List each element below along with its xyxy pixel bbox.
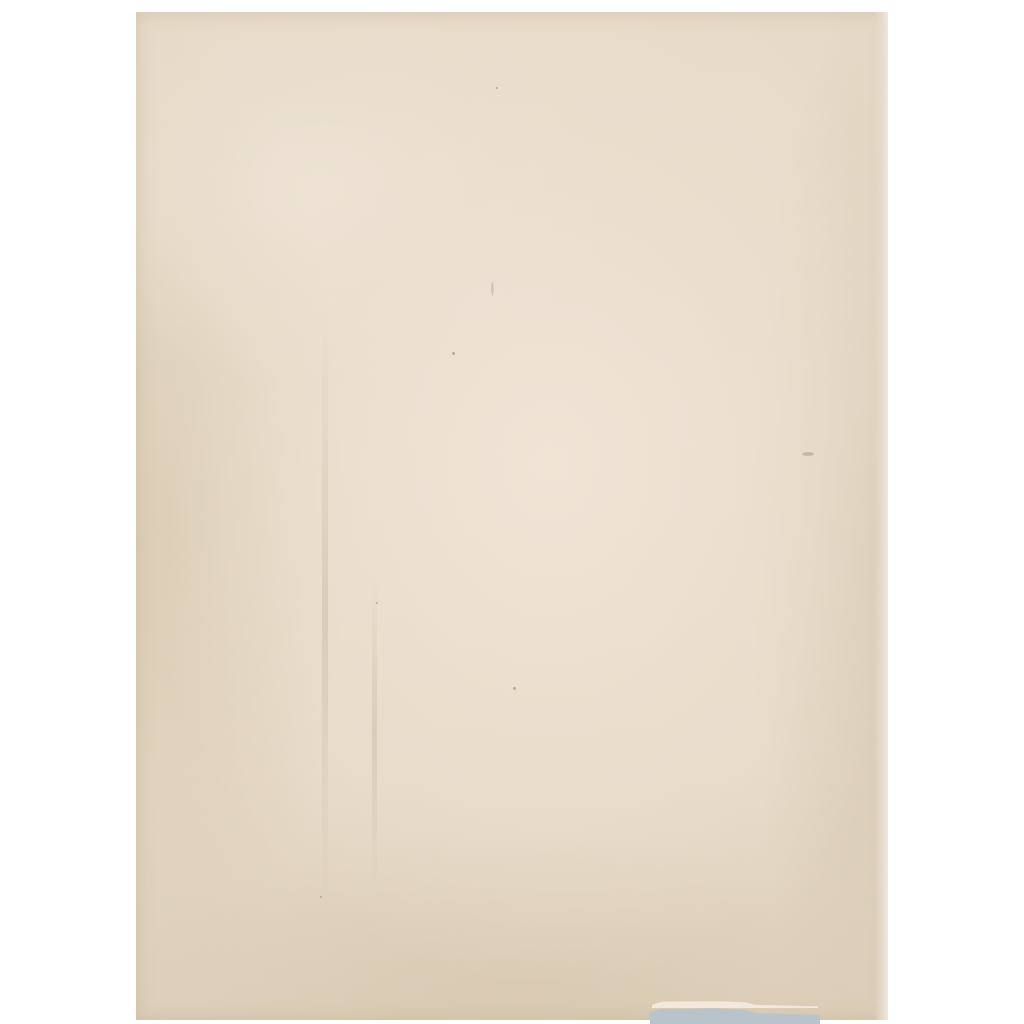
paper-fold-streak: [322, 312, 328, 912]
paper-speck: [376, 602, 378, 604]
paper-smudge: [491, 282, 494, 296]
paper-speck: [513, 687, 516, 690]
paper-right-edge: [874, 12, 888, 1020]
aged-paper-sheet: [136, 12, 888, 1020]
paper-smudge: [802, 452, 814, 456]
paper-fold-streak: [372, 572, 377, 892]
paper-speck: [452, 352, 455, 355]
canvas: [0, 0, 1024, 1024]
paper-speck: [320, 896, 322, 898]
paper-speck: [496, 87, 498, 89]
